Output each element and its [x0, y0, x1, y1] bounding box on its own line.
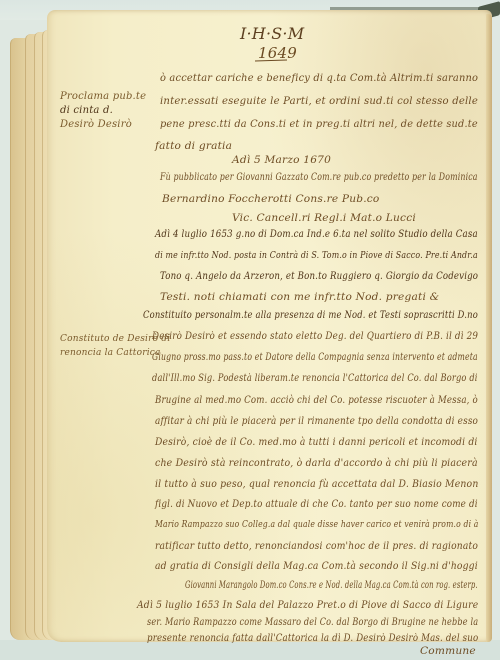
- body-line: il tutto à suo peso, qual renoncia fù ac…: [155, 478, 479, 490]
- body-line-signature: Vic. Cancell.ri Regl.i Mat.o Lucci: [232, 212, 416, 224]
- body-line: ò accettar cariche e beneficy di q.ta Co…: [160, 72, 478, 84]
- body-line: Desirò Desirò et essendo stato eletto De…: [152, 331, 478, 342]
- body-line: Mario Rampazzo suo Colleg.a dal quale di…: [155, 519, 479, 530]
- margin-note-proclama: Proclama pub.te di cinta d. Desirò Desir…: [60, 90, 146, 132]
- body-line: Adì 5 luglio 1653 In Sala del Palazzo Pr…: [137, 600, 478, 611]
- body-line: che Desirò stà reincontrato, ò darla d'a…: [155, 457, 478, 469]
- body-line: Tono q. Angelo da Arzeron, et Bon.to Rug…: [160, 270, 478, 282]
- body-line: Adì 4 luglio 1653 g.no di Dom.ca Ind.e 6…: [155, 229, 478, 240]
- body-line: affitar à chi più le piacerà per il rima…: [155, 415, 478, 427]
- body-line: presente renoncia fatta dall'Cattorica l…: [147, 633, 478, 644]
- body-line: fatto di gratia: [155, 140, 232, 152]
- body-line: Bernardino Foccherotti Cons.re Pub.co: [162, 193, 380, 205]
- body-line: di me infr.tto Nod. posta in Contrà di S…: [155, 250, 478, 261]
- page-header-monogram: I·H·S·M: [240, 24, 304, 43]
- body-line: ad gratia di Consigli della Mag.ca Com.t…: [155, 560, 478, 572]
- body-line: Constituito personalm.te alla presenza d…: [143, 310, 478, 321]
- catchword: Commune: [420, 645, 476, 657]
- body-line: figl. di Nuovo et Dep.to attuale di che …: [155, 498, 478, 510]
- body-line: ratificar tutto detto, renonciandosi com…: [155, 540, 478, 552]
- body-line: Giugno pross.mo pass.to et Datore della …: [152, 352, 478, 363]
- margin-note-line: Desirò Desirò: [60, 118, 146, 132]
- body-line: ser. Mario Rampazzo come Massaro del Co.…: [147, 617, 478, 628]
- body-line-date: Adì 5 Marzo 1670: [232, 154, 331, 166]
- body-line: Giovanni Marangolo Dom.co Cons.re e Nod.…: [185, 580, 478, 591]
- body-line: Desirò, cioè de il Co. med.mo à tutti i …: [155, 436, 478, 448]
- body-line: dall'Ill.mo Sig. Podestà liberam.te reno…: [152, 373, 478, 384]
- margin-note-line: Proclama pub.te: [60, 90, 146, 104]
- margin-note-line: di cinta d.: [60, 104, 146, 118]
- body-line: pene presc.tti da Cons.ti et in preg.ti …: [160, 118, 478, 130]
- body-line: Brugine al med.mo Com. acciò chi del Co.…: [155, 394, 478, 406]
- body-line: Fù pubblicato per Giovanni Gazzato Com.r…: [160, 172, 478, 183]
- body-line: inter.essati eseguite le Parti, et ordin…: [160, 95, 478, 107]
- page-right-edge: [486, 14, 492, 642]
- body-line: Testi. noti chiamati con me infr.tto Nod…: [160, 291, 439, 303]
